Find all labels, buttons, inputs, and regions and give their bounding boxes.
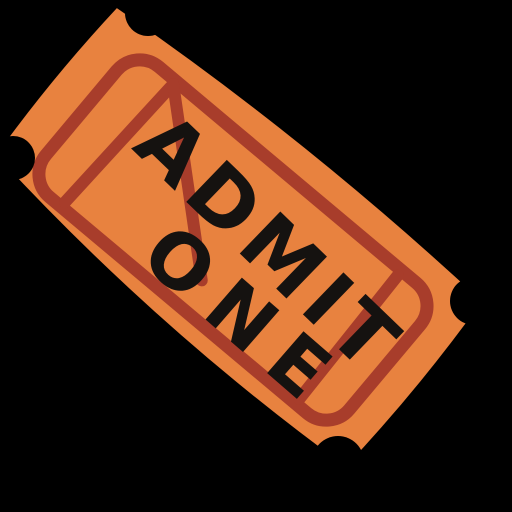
admit-one-ticket-icon: ADMIT ONE	[0, 0, 512, 512]
notch-bottom-icon	[312, 436, 364, 488]
notch-right-icon	[450, 277, 498, 325]
canvas: ADMIT ONE	[0, 0, 512, 512]
